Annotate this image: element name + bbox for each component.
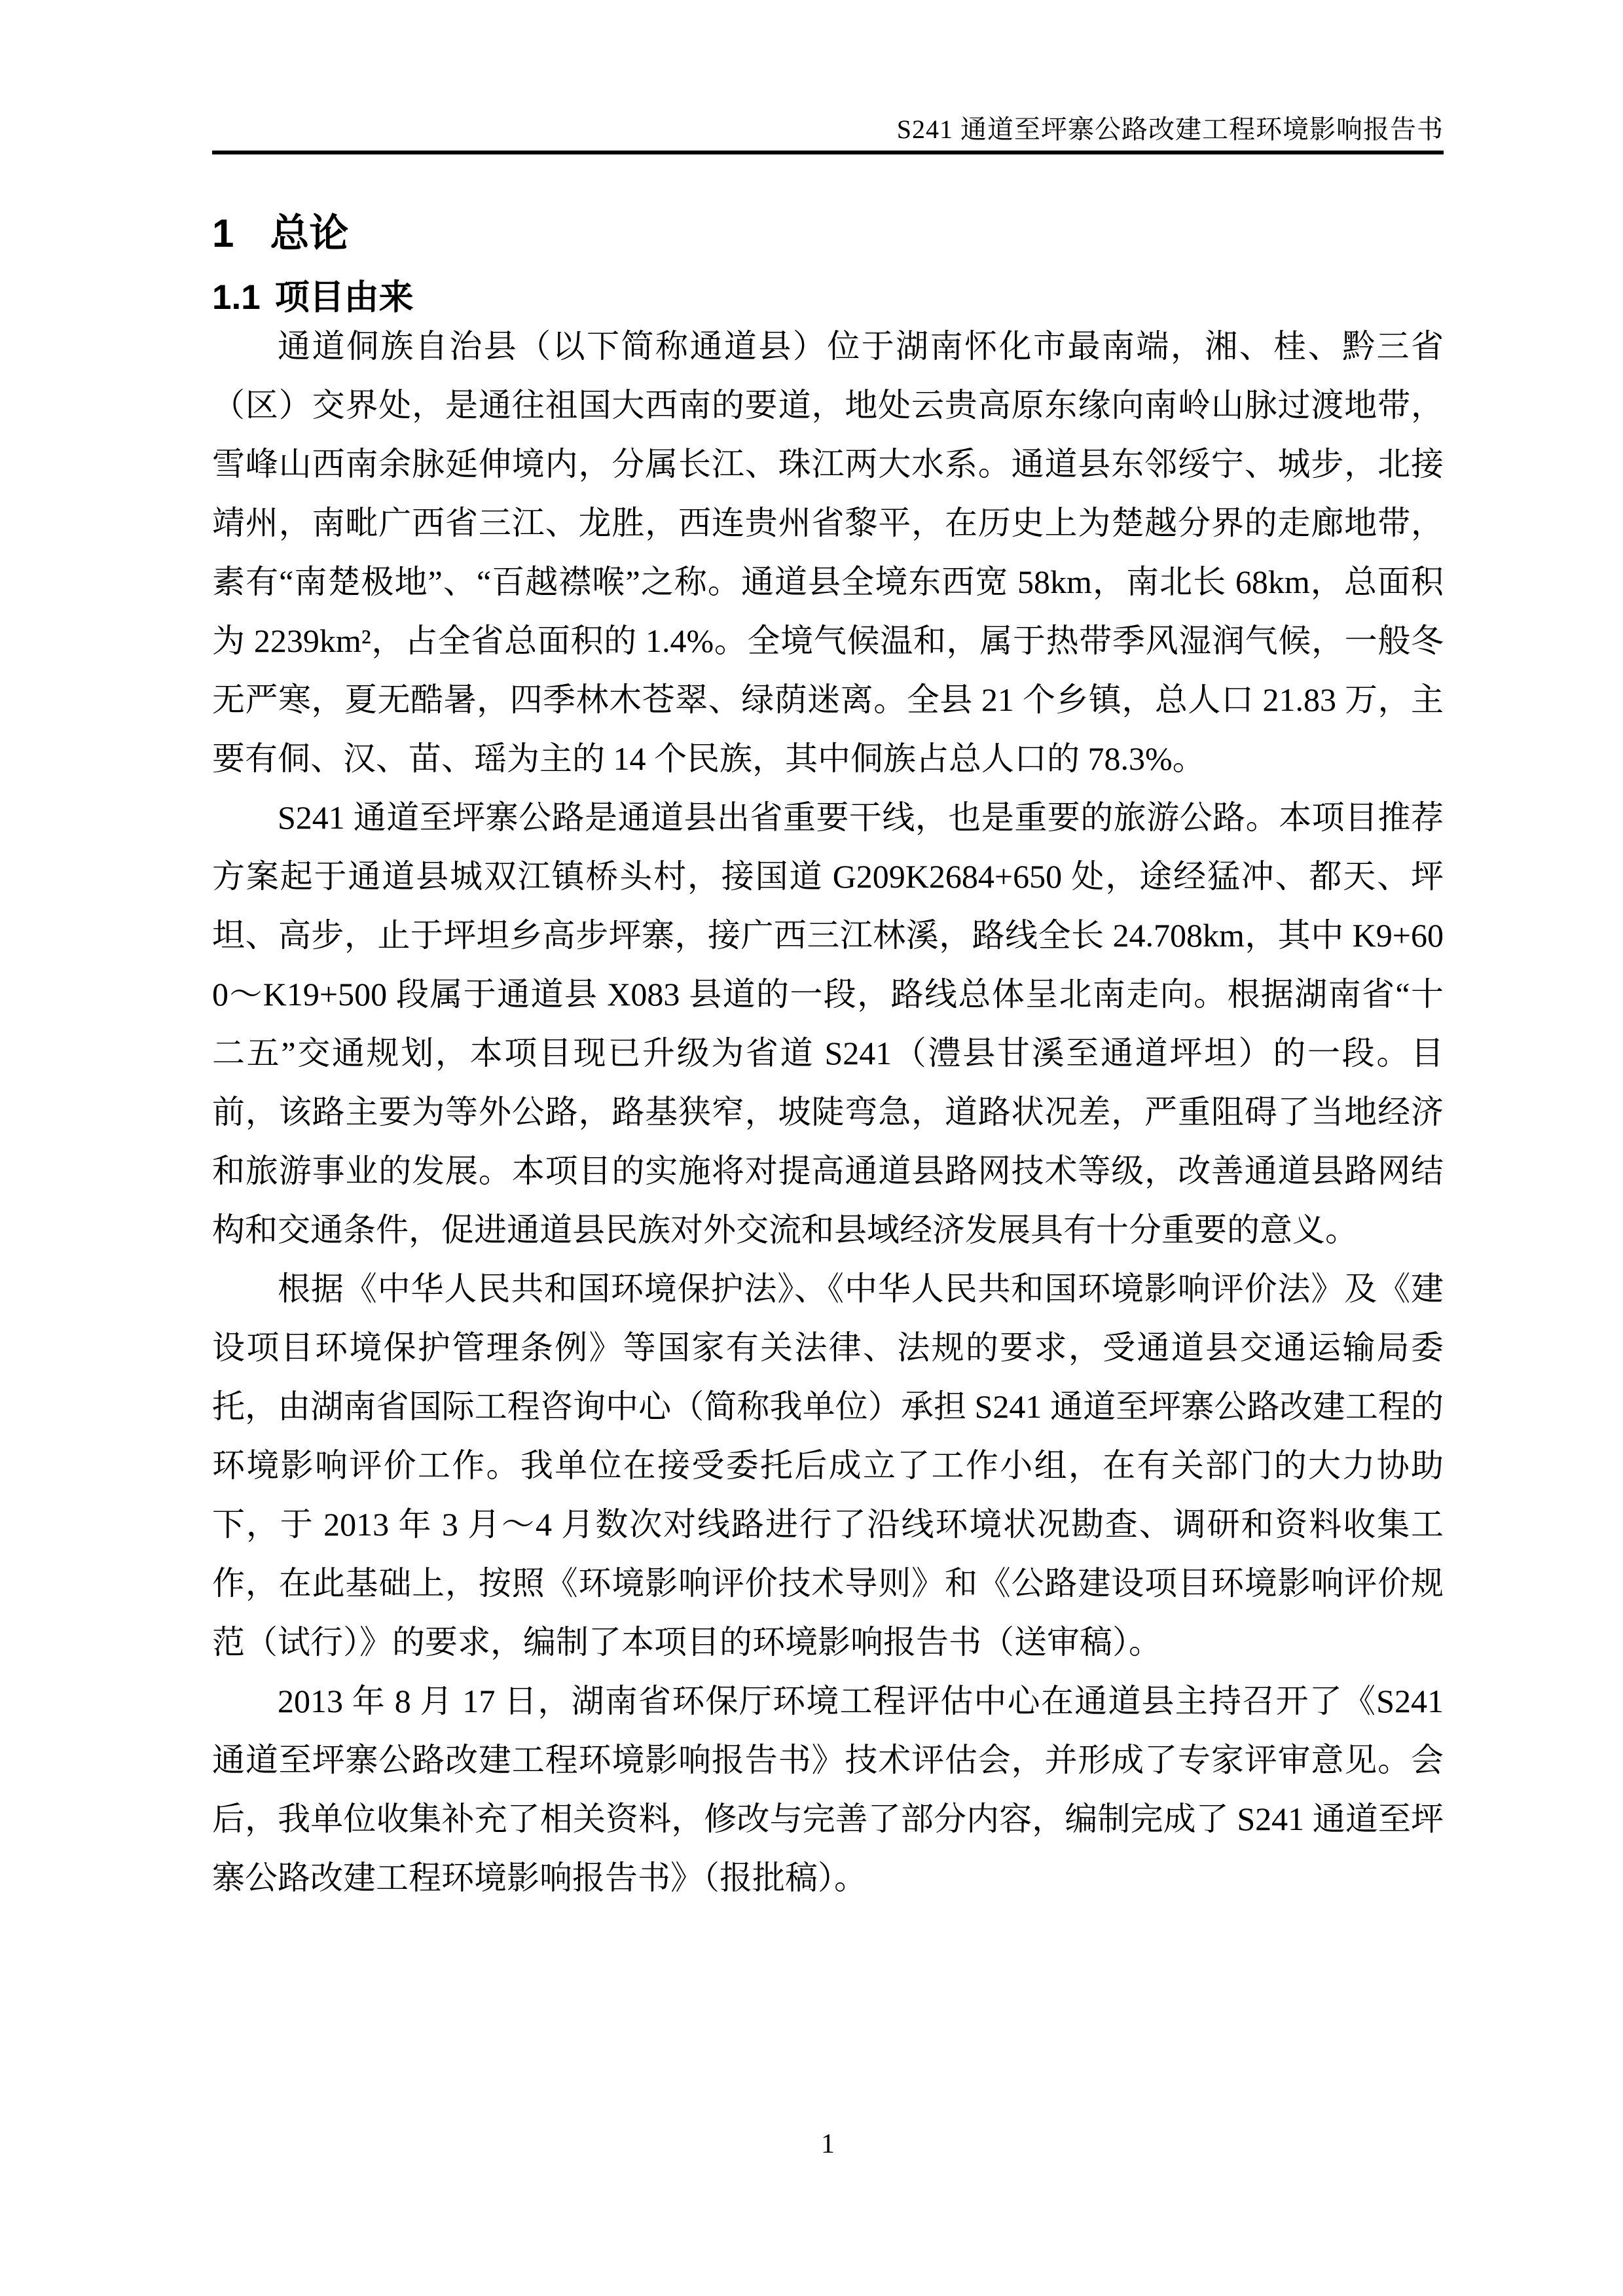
page-number: 1 [821,2129,835,2159]
paragraph: 根据《中华人民共和国环境保护法》、《中华人民共和国环境影响评价法》及《建设项目环… [212,1259,1444,1672]
page-footer: 1 [212,2128,1444,2160]
section-number: 1 [212,211,234,255]
body-text: 通道侗族自治县（以下简称通道县）位于湖南怀化市最南端，湘、桂、黔三省（区）交界处… [212,317,1444,1907]
section-title: 总论 [270,211,348,255]
section-heading: 1总论 [212,212,1444,255]
text-frame: S241 通道至坪寨公路改建工程环境影响报告书 1总论 1.1项目由来 通道侗族… [212,0,1444,1907]
header-title: S241 通道至坪寨公路改建工程环境影响报告书 [897,115,1444,144]
paragraph: S241 通道至坪寨公路是通道县出省重要干线，也是重要的旅游公路。本项目推荐方案… [212,788,1444,1259]
subsection-heading: 1.1项目由来 [212,279,1444,317]
paragraph: 通道侗族自治县（以下简称通道县）位于湖南怀化市最南端，湘、桂、黔三省（区）交界处… [212,317,1444,788]
paragraph: 2013 年 8 月 17 日，湖南省环保厅环境工程评估中心在通道县主持召开了《… [212,1672,1444,1907]
subsection-number: 1.1 [212,278,261,317]
page-header: S241 通道至坪寨公路改建工程环境影响报告书 [212,115,1444,154]
document-page: S241 通道至坪寨公路改建工程环境影响报告书 1总论 1.1项目由来 通道侗族… [0,0,1623,2296]
subsection-title: 项目由来 [275,278,414,317]
